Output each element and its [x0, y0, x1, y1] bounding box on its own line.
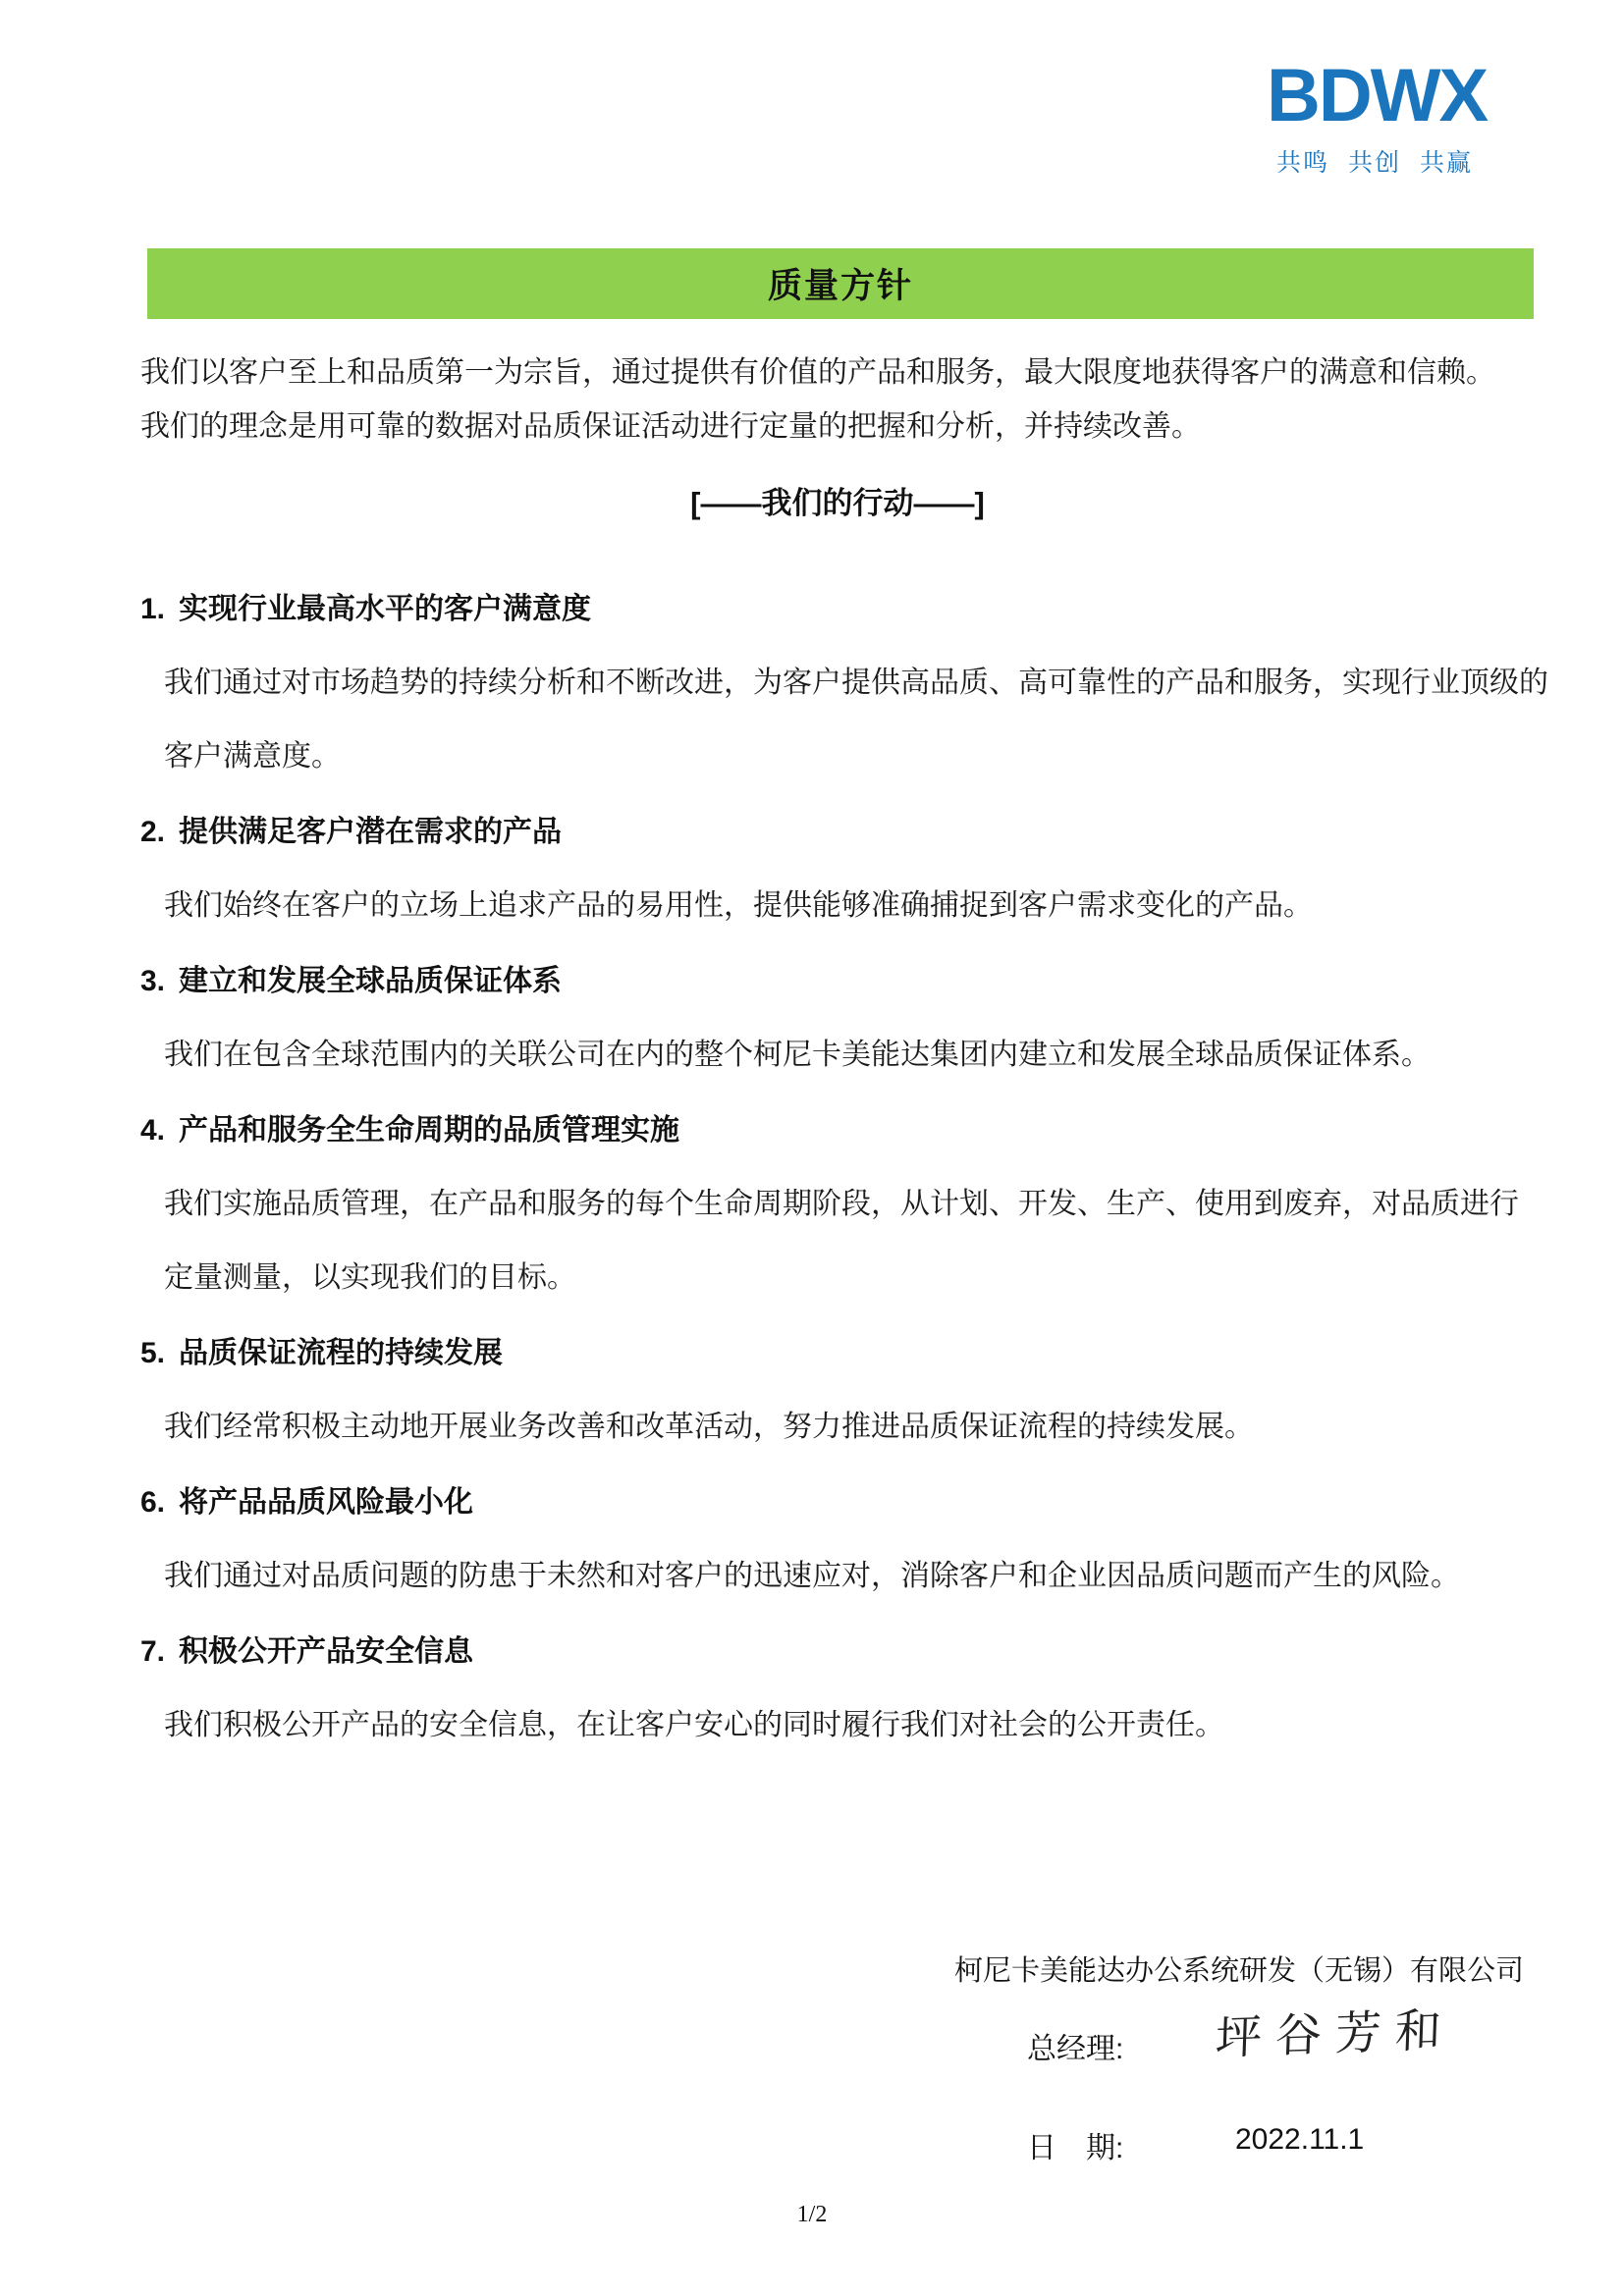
policy-section: 3.建立和发展全球品质保证体系我们在包含全球范围内的关联公司在内的整个柯尼卡美能…: [140, 944, 1584, 1092]
policy-section: 5.品质保证流程的持续发展我们经常积极主动地开展业务改善和改革活动，努力推进品质…: [140, 1316, 1584, 1464]
section-number: 6.: [140, 1466, 165, 1539]
section-heading: 7.积极公开产品安全信息: [140, 1615, 1584, 1688]
section-title: 实现行业最高水平的客户满意度: [179, 593, 591, 625]
section-title: 积极公开产品安全信息: [179, 1635, 473, 1668]
section-heading: 4.产品和服务全生命周期的品质管理实施: [140, 1094, 1584, 1167]
section-number: 1.: [140, 572, 165, 646]
section-title: 产品和服务全生命周期的品质管理实施: [179, 1114, 679, 1147]
policy-section: 1.实现行业最高水平的客户满意度我们通过对市场趋势的持续分析和不断改进，为客户提…: [140, 572, 1584, 793]
section-number: 4.: [140, 1094, 165, 1167]
section-number: 7.: [140, 1615, 165, 1688]
policy-section: 7.积极公开产品安全信息我们积极公开产品的安全信息，在让客户安心的同时履行我们对…: [140, 1615, 1584, 1762]
document-page: BDWX 共鸣 共创 共赢 质量方针 我们以客户至上和品质第一为宗旨，通过提供有…: [0, 0, 1624, 2296]
section-heading: 3.建立和发展全球品质保证体系: [140, 944, 1584, 1018]
page-title: 质量方针: [768, 259, 913, 308]
section-body: 我们经常积极主动地开展业务改善和改革活动，努力推进品质保证流程的持续发展。: [140, 1390, 1584, 1464]
section-body: 我们通过对市场趋势的持续分析和不断改进，为客户提供高品质、高可靠性的产品和服务，…: [140, 646, 1584, 793]
section-heading: 6.将产品品质风险最小化: [140, 1466, 1584, 1539]
section-title: 品质保证流程的持续发展: [179, 1337, 503, 1369]
section-heading: 2.提供满足客户潜在需求的产品: [140, 795, 1584, 869]
company-logo: BDWX 共鸣 共创 共赢: [1267, 59, 1483, 179]
general-manager-signature: 坪谷芳和: [1215, 1994, 1456, 2068]
logo-tagline: 共鸣 共创 共赢: [1267, 143, 1483, 179]
logo-wordmark: BDWX: [1267, 59, 1483, 133]
section-title: 建立和发展全球品质保证体系: [179, 965, 562, 997]
section-body: 我们始终在客户的立场上追求产品的易用性，提供能够准确捕捉到客户需求变化的产品。: [140, 869, 1584, 942]
policy-section: 4.产品和服务全生命周期的品质管理实施我们实施品质管理，在产品和服务的每个生命周…: [140, 1094, 1584, 1314]
policy-section: 6.将产品品质风险最小化我们通过对品质问题的防患于未然和对客户的迅速应对，消除客…: [140, 1466, 1584, 1613]
general-manager-label: 总经理:: [1027, 2024, 1123, 2067]
section-heading: 1.实现行业最高水平的客户满意度: [140, 572, 1584, 646]
page-number: 1/2: [0, 2202, 1624, 2228]
section-body: 我们积极公开产品的安全信息，在让客户安心的同时履行我们对社会的公开责任。: [140, 1688, 1584, 1762]
section-number: 2.: [140, 795, 165, 869]
section-body: 我们通过对品质问题的防患于未然和对客户的迅速应对，消除客户和企业因品质问题而产生…: [140, 1539, 1584, 1613]
company-name: 柯尼卡美能达办公系统研发（无锡）有限公司: [954, 1949, 1524, 1989]
section-body: 我们实施品质管理，在产品和服务的每个生命周期阶段，从计划、开发、生产、使用到废弃…: [140, 1167, 1584, 1314]
policy-section: 2.提供满足客户潜在需求的产品我们始终在客户的立场上追求产品的易用性，提供能够准…: [140, 795, 1584, 942]
title-banner: 质量方针: [147, 248, 1534, 319]
policy-sections: 1.实现行业最高水平的客户满意度我们通过对市场趋势的持续分析和不断改进，为客户提…: [140, 572, 1584, 1764]
intro-paragraph: 我们以客户至上和品质第一为宗旨，通过提供有价值的产品和服务，最大限度地获得客户的…: [140, 346, 1584, 454]
date-value: 2022.11.1: [1235, 2123, 1364, 2157]
actions-heading: [——我们的行动——]: [140, 478, 1535, 522]
date-label: 日 期:: [1027, 2123, 1123, 2166]
section-title: 提供满足客户潜在需求的产品: [179, 816, 562, 848]
section-body: 我们在包含全球范围内的关联公司在内的整个柯尼卡美能达集团内建立和发展全球品质保证…: [140, 1018, 1584, 1092]
section-number: 5.: [140, 1316, 165, 1390]
section-heading: 5.品质保证流程的持续发展: [140, 1316, 1584, 1390]
section-title: 将产品品质风险最小化: [179, 1486, 473, 1519]
section-number: 3.: [140, 944, 165, 1018]
